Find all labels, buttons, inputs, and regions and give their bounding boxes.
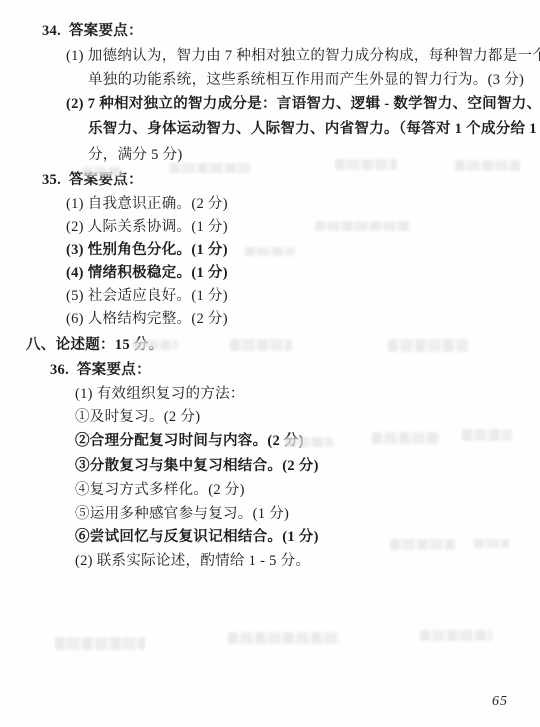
q34-item2-line2: 乐智力、身体运动智力、人际智力、内省智力。（每答对 1 个成分给 1 <box>88 120 537 138</box>
q35-item-3: (3) 性别角色分化。(1 分) <box>66 241 228 259</box>
watermark-smudge <box>315 221 410 231</box>
q36-sub-6: ⑥尝试回忆与反复识记相结合。(1 分) <box>75 528 319 546</box>
watermark-smudge <box>55 637 145 650</box>
q35-item-6: (6) 人格结构完整。(2 分) <box>66 310 228 328</box>
watermark-smudge <box>388 339 468 352</box>
scanned-answer-page: 34. 答案要点： (1) 加德纳认为，智力由 7 种相对独立的智力成分构成，每… <box>0 0 540 727</box>
q35-item-1: (1) 自我意识正确。(2 分) <box>66 195 228 213</box>
q36-heading: 36. 答案要点： <box>50 361 151 379</box>
q34-item2-line3: 分，满分 5 分) <box>88 146 183 164</box>
watermark-smudge <box>228 632 340 644</box>
q35-item-2: (2) 人际关系协调。(1 分) <box>66 218 228 236</box>
watermark-smudge <box>372 432 440 444</box>
q35-item-5: (5) 社会适应良好。(1 分) <box>66 287 228 305</box>
q36-item-2: (2) 联系实际论述，酌情给 1 - 5 分。 <box>75 552 310 570</box>
watermark-smudge <box>170 163 250 173</box>
watermark-smudge <box>285 437 333 447</box>
q36-sub-5: ⑤运用多种感官参与复习。(1 分) <box>75 505 289 523</box>
q34-item1-line2: 单独的功能系统，这些系统相互作用而产生外显的智力行为。(3 分) <box>88 71 524 89</box>
watermark-smudge <box>455 160 520 171</box>
q36-sub-1: ①及时复习。(2 分) <box>75 408 200 426</box>
page-number: 65 <box>492 694 508 710</box>
q34-heading: 34. 答案要点： <box>42 22 143 40</box>
q36-item-1: (1) 有效组织复习的方法： <box>75 385 245 403</box>
q36-sub-4: ④复习方式多样化。(2 分) <box>75 481 245 499</box>
watermark-smudge <box>420 630 492 641</box>
q36-sub-2: ②合理分配复习时间与内容。(2 分) <box>75 432 304 450</box>
watermark-smudge <box>390 539 455 550</box>
watermark-smudge <box>474 539 509 548</box>
watermark-smudge <box>133 340 178 350</box>
watermark-smudge <box>245 247 295 256</box>
q36-sub-3: ③分散复习与集中复习相结合。(2 分) <box>75 457 319 475</box>
watermark-smudge <box>335 159 397 170</box>
watermark-smudge <box>230 339 292 351</box>
q35-item-4: (4) 情绪积极稳定。(1 分) <box>66 264 228 282</box>
watermark-smudge <box>462 429 512 441</box>
q34-item1-line1: (1) 加德纳认为，智力由 7 种相对独立的智力成分构成，每种智力都是一个 <box>66 47 540 65</box>
watermark-smudge <box>82 167 122 176</box>
q34-item2-line1: (2) 7 种相对独立的智力成分是：言语智力、逻辑 - 数学智力、空间智力、音 <box>66 95 540 113</box>
